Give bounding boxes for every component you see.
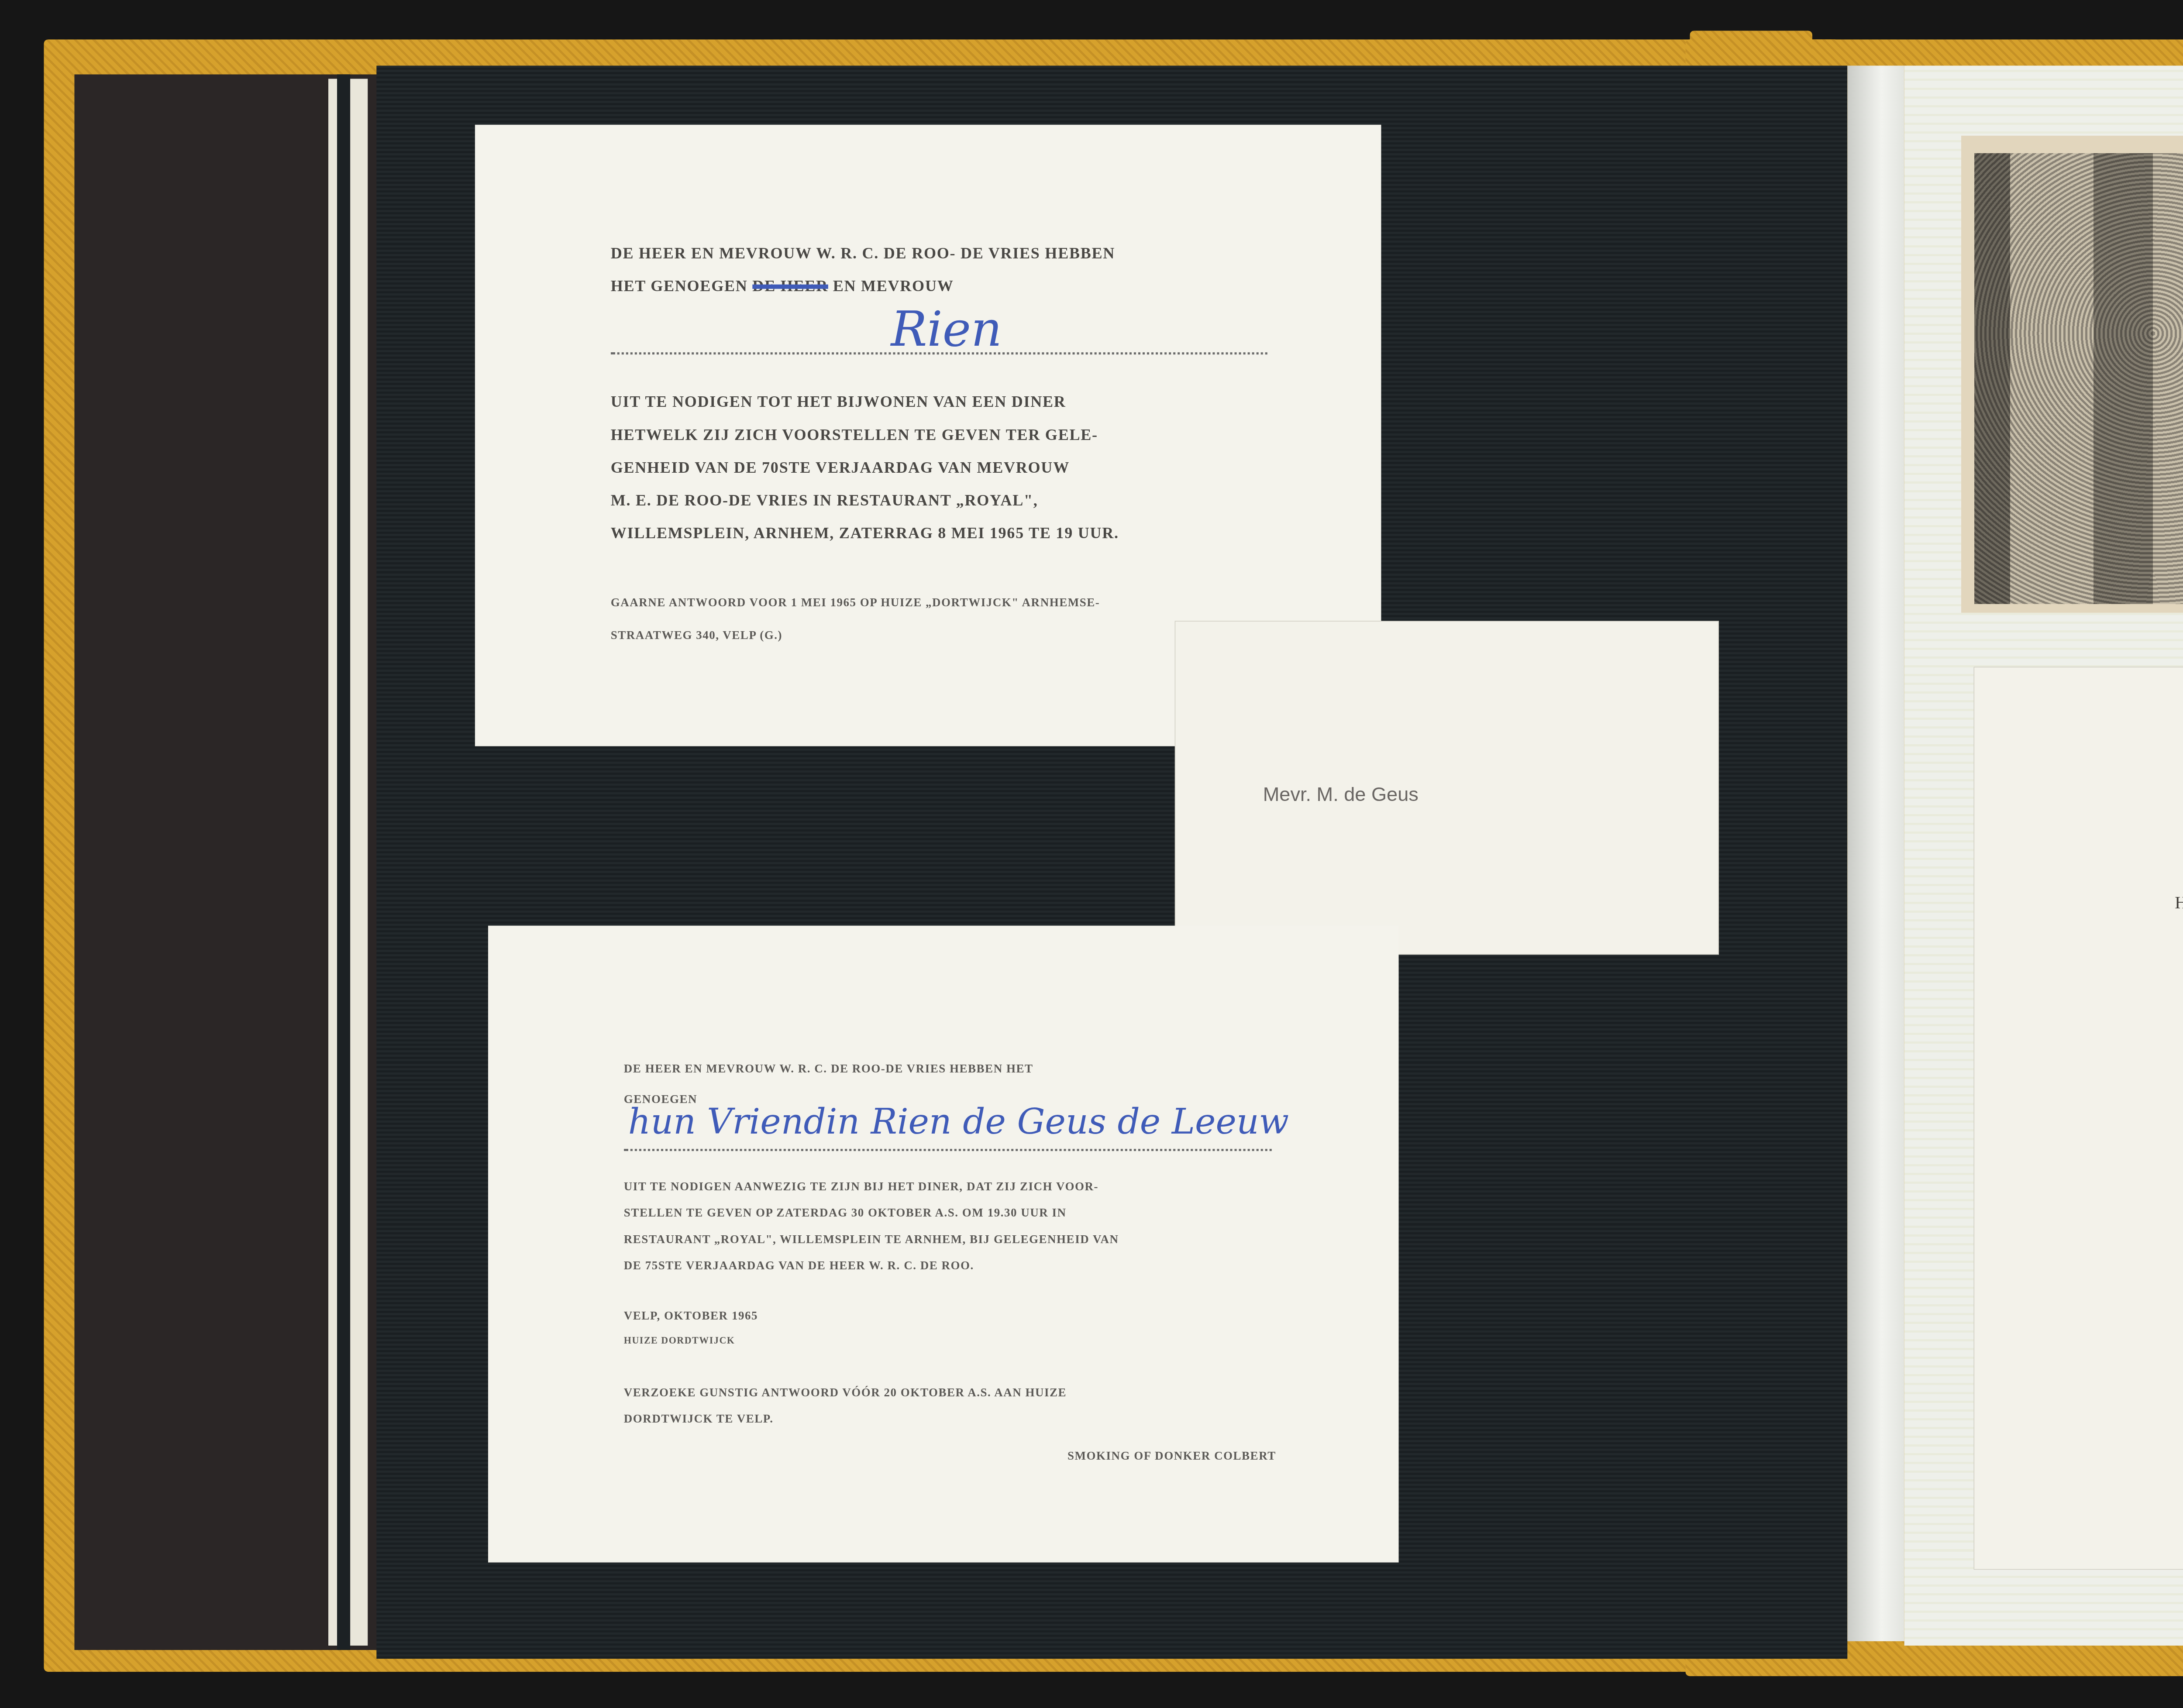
name-card-text: Mevr. M. de Geus (1263, 784, 1419, 805)
struck-text: de heer (752, 278, 828, 296)
body-line: uit te nodigen tot het bijwonen van een … (611, 387, 1119, 420)
name-fill-line (624, 1149, 1272, 1151)
wines-title: Vins (1974, 786, 2183, 816)
scrapbook-spread: De heer en mevrouw W. R. C. de Roo- de V… (0, 0, 2183, 1708)
body-line: Willemsplein, Arnhem, zaterrag 8 mei 196… (611, 519, 1119, 551)
body-line: uit te nodigen aanwezig te zijn bij het … (624, 1175, 1119, 1201)
invitation-line-1: De heer en mevrouw W. R. C. de Roo- de V… (611, 238, 1115, 271)
invitation-body: uit te nodigen tot het bijwonen van een … (611, 387, 1119, 551)
rsvp-text: Verzoeke gunstig antwoord vóór 20 oktobe… (624, 1381, 1067, 1433)
newspaper-photo-clipping (1961, 136, 2183, 613)
album-spine-tab (1690, 31, 1812, 65)
rsvp-line: dordtwijck te Velp. (624, 1407, 1067, 1433)
wine-item: Heidsieck Monopole Demi-Sec (1974, 893, 2183, 912)
place-date: Velp, oktober 1965 (624, 1306, 758, 1330)
house-name: Huize dordtwijck (624, 1330, 735, 1354)
body-line: M. E. de Roo-de Vries in restaurant „Roy… (611, 486, 1119, 519)
invitation-line-2: het genoegen de heer en mevrouw (611, 271, 954, 304)
invitation-line-1: De Heer en Mevrouw W. R. C. de Roo-de Vr… (624, 1059, 1033, 1082)
rsvp-line: Gaarne antwoord voor 1 mei 1965 op huize… (611, 589, 1100, 622)
body-line: genheid van de 70ste verjaardag van mevr… (611, 453, 1119, 486)
handwritten-guest: hun Vriendin Rien de Geus de Leeuw (628, 1101, 1289, 1142)
body-line: de 75ste verjaardag van de heer W. R. C.… (624, 1254, 1119, 1280)
invitation-card-october-1965: De Heer en Mevrouw W. R. C. de Roo-de Vr… (488, 926, 1399, 1563)
page-edge (350, 79, 368, 1646)
newspaper-photo (1974, 153, 2183, 604)
page-edge (337, 74, 350, 1650)
menu-card: Vins Heidsieck Monopole Demi-Sec Graves … (1974, 667, 2183, 1569)
gutter (1847, 65, 1904, 1641)
name-card: Mevr. M. de Geus (1175, 622, 1718, 954)
body-line: stellen te geven op zaterdag 30 oktober … (624, 1201, 1119, 1227)
invitation-body: uit te nodigen aanwezig te zijn bij het … (624, 1175, 1119, 1280)
handwritten-name: Rien (891, 304, 1002, 359)
dress-code: Smoking of donker colbert (1067, 1447, 1276, 1470)
wine-item: Graves Supérieures (1974, 1024, 2183, 1044)
body-line: restaurant „Royal", Willemsplein te Arnh… (624, 1228, 1119, 1254)
rsvp-text: Gaarne antwoord voor 1 mei 1965 op huize… (611, 589, 1100, 654)
page-edge (328, 79, 337, 1646)
line2-prefix: het genoegen (611, 278, 748, 296)
rsvp-line: Verzoeke gunstig antwoord vóór 20 oktobe… (624, 1381, 1067, 1407)
body-line: hetwelk zij zich voorstellen te geven te… (611, 420, 1119, 453)
wine-item: Beaujolais Villages (1974, 1099, 2183, 1118)
rsvp-line: straatweg 340, Velp (G.) (611, 622, 1100, 654)
line2-suffix: en mevrouw (833, 278, 954, 296)
